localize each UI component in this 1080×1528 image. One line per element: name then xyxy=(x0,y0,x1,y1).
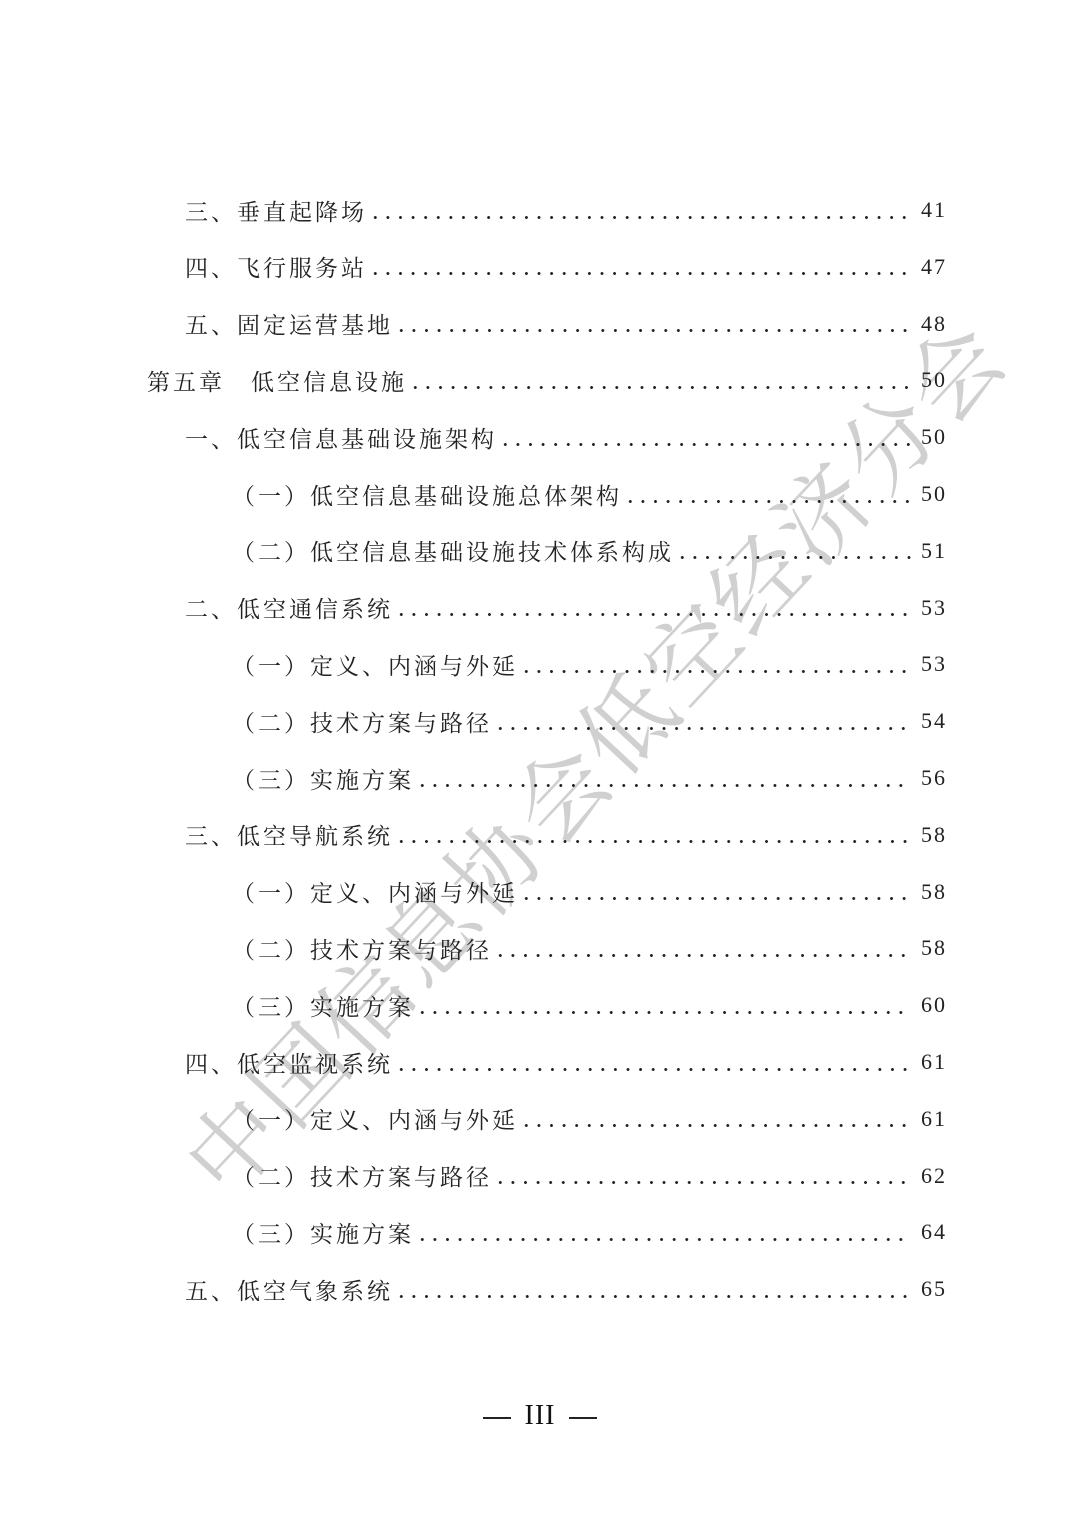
toc-entry-title: 三、垂直起降场 xyxy=(185,194,367,227)
toc-entry[interactable]: （二）低空信息基础设施技术体系构成51 xyxy=(232,531,947,571)
toc-entry-page: 64 xyxy=(917,1219,947,1245)
dot-leader xyxy=(494,1181,911,1184)
dot-leader xyxy=(494,727,911,730)
dot-leader xyxy=(395,1295,911,1298)
toc-entry-title: 五、低空气象系统 xyxy=(185,1273,393,1306)
document-page: 中国信息协会低空经济分会 三、垂直起降场41四、飞行服务站47五、固定运营基地4… xyxy=(0,0,1080,1528)
toc-entry-title: 四、低空监视系统 xyxy=(185,1046,393,1079)
toc-entry-title: 第五章 低空信息设施 xyxy=(147,364,407,397)
toc-entry[interactable]: （三）实施方案60 xyxy=(232,985,947,1025)
toc-entry-title: （一）定义、内涵与外延 xyxy=(232,1102,518,1135)
toc-entry-title: （一）定义、内涵与外延 xyxy=(232,875,518,908)
toc-entry-page: 61 xyxy=(917,1049,947,1075)
dash-right xyxy=(569,1417,597,1419)
toc-entry[interactable]: 四、低空监视系统61 xyxy=(185,1042,947,1082)
dot-leader xyxy=(624,500,911,503)
toc-entry-page: 60 xyxy=(917,992,947,1018)
toc-entry[interactable]: （二）技术方案与路径54 xyxy=(232,701,947,741)
dot-leader xyxy=(416,784,911,787)
toc-entry-page: 50 xyxy=(917,424,947,450)
toc-entry-page: 41 xyxy=(917,197,947,223)
dot-leader xyxy=(494,954,911,957)
toc-entry-page: 50 xyxy=(917,481,947,507)
page-number: III xyxy=(525,1400,556,1431)
toc-entry[interactable]: （一）低空信息基础设施总体架构50 xyxy=(232,474,947,514)
toc-entry-title: （二）技术方案与路径 xyxy=(232,1159,492,1192)
toc-entry-title: （一）定义、内涵与外延 xyxy=(232,648,518,681)
toc-entry[interactable]: 五、固定运营基地48 xyxy=(185,304,947,344)
toc-entry-page: 58 xyxy=(917,935,947,961)
toc-entry-page: 48 xyxy=(917,311,947,337)
toc-entry-title: 四、飞行服务站 xyxy=(185,250,367,283)
dot-leader xyxy=(416,1011,911,1014)
toc-entry-page: 51 xyxy=(917,538,947,564)
toc-entry[interactable]: 三、低空导航系统58 xyxy=(185,815,947,855)
toc-entry[interactable]: （二）技术方案与路径62 xyxy=(232,1156,947,1196)
toc-entry-page: 62 xyxy=(917,1163,947,1189)
toc-entry-page: 50 xyxy=(917,367,947,393)
toc-entry[interactable]: 第五章 低空信息设施50 xyxy=(147,360,947,400)
dot-leader xyxy=(369,216,911,219)
toc-entry[interactable]: （二）技术方案与路径58 xyxy=(232,928,947,968)
dot-leader xyxy=(369,272,911,275)
dot-leader xyxy=(395,1068,911,1071)
toc-entry[interactable]: （一）定义、内涵与外延53 xyxy=(232,644,947,684)
toc-entry-page: 58 xyxy=(917,879,947,905)
dot-leader xyxy=(395,329,911,332)
toc-entry-page: 65 xyxy=(917,1276,947,1302)
toc-entry-page: 47 xyxy=(917,254,947,280)
dot-leader xyxy=(520,670,911,673)
toc-entry-title: （三）实施方案 xyxy=(232,989,414,1022)
toc-entry-page: 61 xyxy=(917,1106,947,1132)
dot-leader xyxy=(409,386,911,389)
toc-entry[interactable]: （三）实施方案56 xyxy=(232,758,947,798)
toc-entry-title: （一）低空信息基础设施总体架构 xyxy=(232,478,622,511)
toc-entry[interactable]: 二、低空通信系统53 xyxy=(185,588,947,628)
dot-leader xyxy=(676,556,911,559)
toc-entry-page: 58 xyxy=(917,822,947,848)
toc-entry-page: 53 xyxy=(917,651,947,677)
toc-entry-title: 二、低空通信系统 xyxy=(185,591,393,624)
dash-left xyxy=(483,1417,511,1419)
toc-entry[interactable]: （一）定义、内涵与外延58 xyxy=(232,872,947,912)
toc-entry[interactable]: （三）实施方案64 xyxy=(232,1212,947,1252)
toc-entry[interactable]: 三、垂直起降场41 xyxy=(185,190,947,230)
toc-entry-page: 56 xyxy=(917,765,947,791)
toc-entry-title: （三）实施方案 xyxy=(232,762,414,795)
toc-entry-title: 五、固定运营基地 xyxy=(185,307,393,340)
dot-leader xyxy=(395,840,911,843)
toc-entry-page: 53 xyxy=(917,595,947,621)
dot-leader xyxy=(520,897,911,900)
dot-leader xyxy=(499,443,911,446)
toc-entry[interactable]: 五、低空气象系统65 xyxy=(185,1269,947,1309)
toc-entry-page: 54 xyxy=(917,708,947,734)
page-footer: III xyxy=(0,1400,1080,1432)
dot-leader xyxy=(520,1124,911,1127)
toc-entry-title: （二）技术方案与路径 xyxy=(232,705,492,738)
toc-entry-title: （三）实施方案 xyxy=(232,1216,414,1249)
toc-entry-title: （二）技术方案与路径 xyxy=(232,932,492,965)
toc-entry[interactable]: （一）定义、内涵与外延61 xyxy=(232,1099,947,1139)
toc-entry-title: （二）低空信息基础设施技术体系构成 xyxy=(232,534,674,567)
dot-leader xyxy=(395,613,911,616)
toc-entry[interactable]: 一、低空信息基础设施架构50 xyxy=(185,417,947,457)
toc-entry-title: 三、低空导航系统 xyxy=(185,818,393,851)
toc-entry-title: 一、低空信息基础设施架构 xyxy=(185,421,497,454)
dot-leader xyxy=(416,1238,911,1241)
toc-entry[interactable]: 四、飞行服务站47 xyxy=(185,247,947,287)
